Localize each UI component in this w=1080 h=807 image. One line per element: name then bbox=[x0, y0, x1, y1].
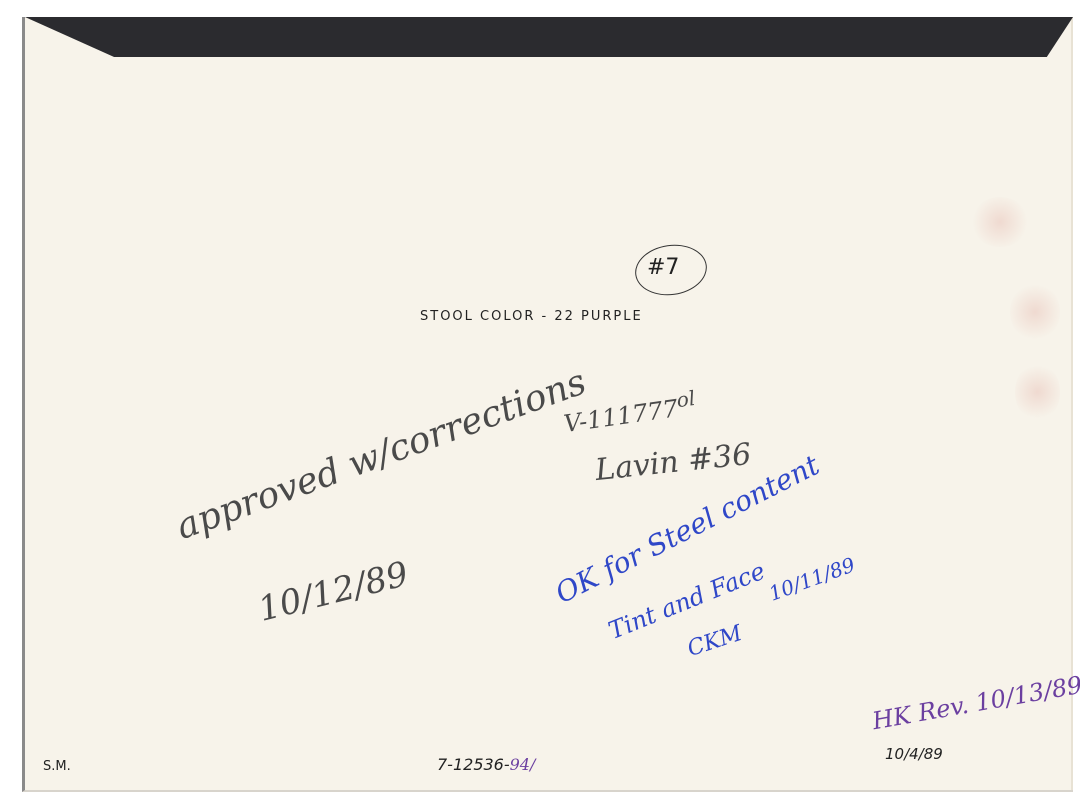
approval-note: approved w/corrections bbox=[171, 362, 591, 548]
approval-date: 10/12/89 bbox=[254, 554, 412, 630]
stool-color-note: STOOL COLOR - 22 PURPLE bbox=[420, 309, 643, 324]
bottom-date: 10/4/89 bbox=[885, 745, 943, 763]
stain bbox=[1015, 362, 1060, 422]
stain bbox=[1010, 282, 1060, 342]
catalog-number-black: 7-12536- bbox=[437, 755, 510, 774]
lavin-note: Lavin #36 bbox=[594, 437, 753, 488]
hk-revision-note: HK Rev. 10/13/89 bbox=[870, 671, 1080, 735]
catalog-number: 7-12536-94/ bbox=[437, 755, 535, 774]
circled-number: #7 bbox=[647, 255, 679, 280]
initials-sm: S.M. bbox=[43, 759, 71, 774]
catalog-number-purple: 94/ bbox=[510, 755, 536, 774]
black-top-band bbox=[25, 17, 1073, 57]
reference-initials: ol bbox=[675, 386, 697, 412]
ok-date: 10/11/89 bbox=[766, 552, 859, 605]
stain bbox=[970, 197, 1030, 247]
photo-card-back: #7 STOOL COLOR - 22 PURPLE V-111777ol ap… bbox=[22, 17, 1073, 792]
ok-initials: CKM bbox=[685, 621, 746, 662]
